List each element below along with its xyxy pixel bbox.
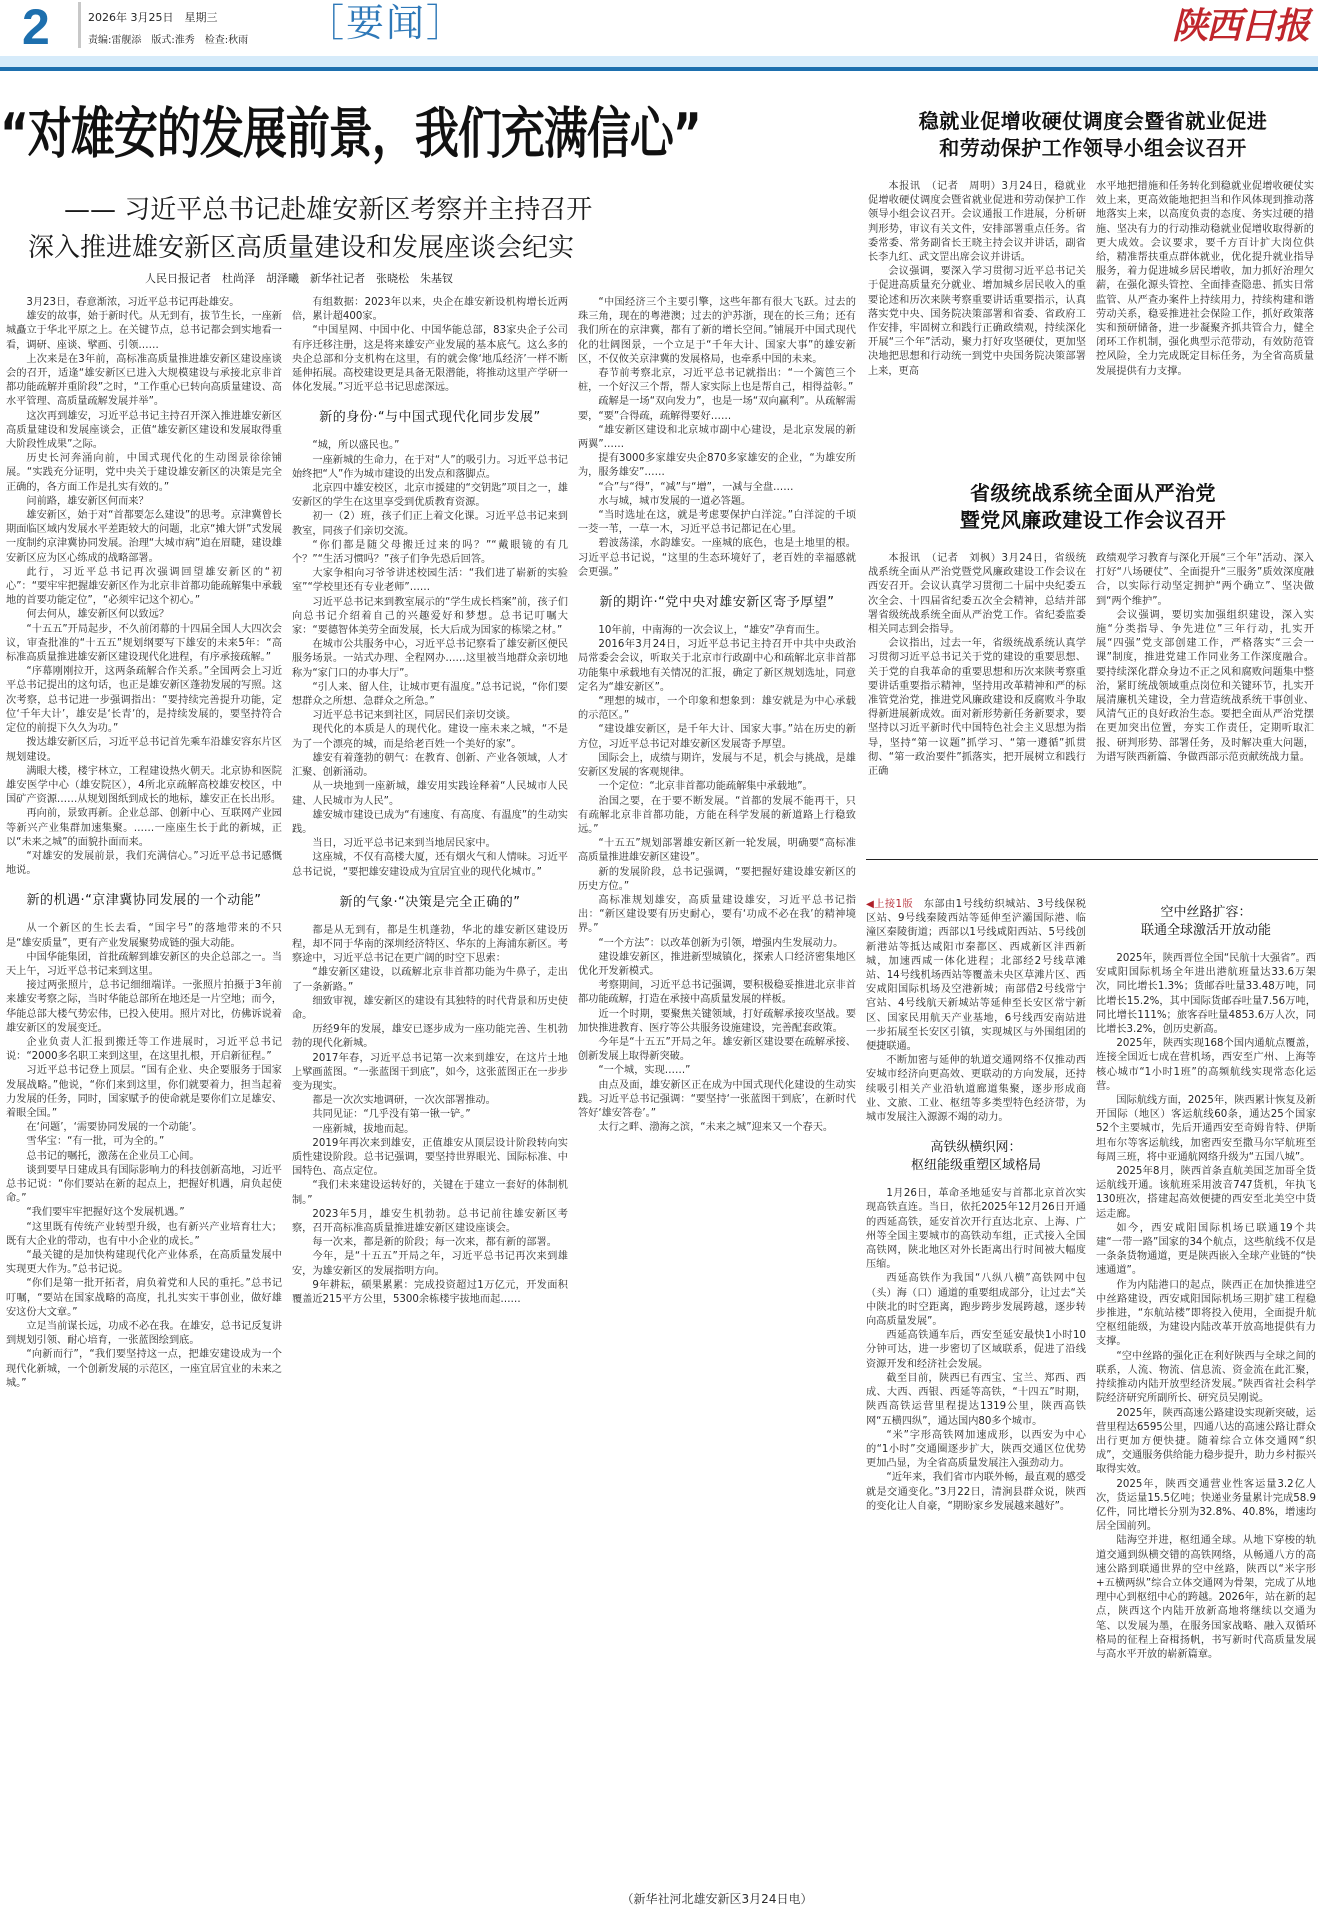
lead-subtitle-line2: 深入推进雄安新区高质量建设和发展座谈会纪实 — [28, 232, 574, 264]
paragraph: “你们都是随父母搬迁过来的吗？”“戴眼镜的有几个？”“生活习惯吗？”孩子们争先恐… — [292, 539, 568, 567]
section-heading: 新的气象·“决策是完全正确的” — [292, 894, 568, 912]
paragraph: 政绩观学习教育与深化开展“三个年”活动、深入打好“八场硬仗”、全面提升“三服务”… — [1096, 552, 1314, 609]
paragraph: 国际航线方面，2025年，陕西累计恢复及新开国际（地区）客运航线60条，通达25… — [1096, 1094, 1316, 1165]
paragraph: “空中丝路的强化正在利好陕西与全球之间的联系，人流、物流、信息流、资金流在此汇聚… — [1096, 1350, 1316, 1407]
paragraph: 在城市公共服务中心，习近平总书记察看了雄安新区便民服务场景。一站式办理、全程网办… — [292, 638, 568, 681]
paragraph: 太行之畔、渤海之滨，“未来之城”迎来又一个春天。 — [578, 1121, 856, 1135]
paragraph: 细致审视，雄安新区的建设有其独特的时代背景和历史使命。 — [292, 995, 568, 1023]
paragraph: 初一（2）班，孩子们正上着文化课。习近平总书记来到教室，同孩子们亲切交流。 — [292, 510, 568, 538]
section-heading: 高铁纵横织网：枢纽能级重塑区域格局 — [866, 1139, 1086, 1175]
united-front-article-header: 省级统战系统全面从严治党 暨党风廉政建设工作会议召开 — [878, 480, 1308, 534]
paragraph: “中国经济三个主要引擎，这些年都有很大飞跃。过去的珠三角，现在的粤港澳；过去的沪… — [578, 296, 856, 367]
paragraph: 习近平总书记登上顶层。“国有企业、央企要服务于国家发展战略。”他说，“你们来到这… — [6, 1064, 282, 1121]
paragraph: 这座城，不仅有高楼大厦，还有烟火气和人情味。习近平总书记说，“要把雄安建设成为宜… — [292, 851, 568, 879]
paragraph: 提有3000多家雄安央企870多家雄安的企业，“为雄安所为，服务雄安”…… — [578, 452, 856, 480]
paragraph: 历经9年的发展，雄安已逐步成为一座功能完善、生机勃勃的现代化新城。 — [292, 1023, 568, 1051]
paragraph: “雄安新区建设和北京城市副中心建设，是北京发展的新两翼”…… — [578, 424, 856, 452]
employment-title-line1: 稳就业促增收硬仗调度会暨省就业促进 — [878, 108, 1308, 135]
united-front-title-line2: 暨党风廉政建设工作会议召开 — [878, 507, 1308, 534]
paragraph: 2025年，陕西高速公路建设实现新突破，运营里程达6595公里，四通八达的高速公… — [1096, 1407, 1316, 1478]
paragraph: “引人来、留人住，让城市更有温度。”总书记说，“你们要想群众之所想、急群众之所急… — [292, 681, 568, 709]
paragraph: 共同见证：“几乎没有第一锹一铲。” — [292, 1108, 568, 1122]
transport-column-2: 空中丝路扩容：联通全球激活开放动能 2025年，陕西晋位全国“民航十大强省”。西… — [1096, 898, 1316, 1914]
paragraph: 从一个新区的生长去看，“国字号”的落地带来的不只是“雄安质量”，更有产业发展聚势… — [6, 922, 282, 950]
paragraph: 问前路，雄安新区何而来？ — [6, 495, 282, 509]
newspaper-logo: 陕西日报 — [1172, 0, 1308, 52]
paragraph: 本报讯 （记者 周明）3月24日，稳就业促增收硬仗调度会暨省就业促进和劳动保护工… — [868, 180, 1086, 265]
transport-column-1: ◀上接1版 东部由1号线纺织城站、3号线保税区站、9号线秦陵西站等延伸至浐灞国际… — [866, 898, 1086, 1914]
paragraph: 总书记的嘱托，激荡在企业员工心间。 — [6, 1150, 282, 1164]
paragraph: 雄安城市建设已成为“有速度、有高度、有温度”的生动实践。 — [292, 809, 568, 837]
paragraph: 雄安的故事，始于新时代。从无到有，拔节生长，一座新城矗立于华北平原之上。在关键节… — [6, 310, 282, 353]
paragraph: 截至目前，陕西已有西宝、宝兰、郑西、西成、大西、西银、西延等高铁，“十四五”时期… — [866, 1372, 1086, 1429]
employment-title-line2: 和劳动保护工作领导小组会议召开 — [878, 135, 1308, 162]
paragraph: 中国华能集团，首批疏解到雄安新区的央企总部之一。当天上午，习近平总书记来到这里。 — [6, 951, 282, 979]
heading-line2: 枢纽能级重塑区域格局 — [911, 1158, 1041, 1173]
paragraph: 拨达雄安新区后，习近平总书记首先乘车沿雄安容东片区规划建设。 — [6, 736, 282, 764]
paragraph: “一个方法”：以改革创新为引领，增强内生发展动力。 — [578, 937, 856, 951]
employment-column-1: 本报讯 （记者 周明）3月24日，稳就业促增收硬仗调度会暨省就业促进和劳动保护工… — [868, 180, 1086, 425]
paragraph: 谈到要早日建成具有国际影响力的科技创新高地，习近平总书记说：“你们要站在新的起点… — [6, 1164, 282, 1207]
paragraph: 2017年春，习近平总书记第一次来到雄安，在这片土地上擘画蓝图。“一张蓝图干到底… — [292, 1052, 568, 1095]
paragraph: 西延高铁作为我国“八纵八横”高铁网中包（头）海（口）通道的重要组成部分，让过去“… — [866, 1272, 1086, 1329]
lead-headline: “对雄安的发展前景，我们充满信心” — [0, 100, 870, 170]
section-heading: 空中丝路扩容：联通全球激活开放动能 — [1096, 904, 1316, 940]
paragraph: ◀上接1版 东部由1号线纺织城站、3号线保税区站、9号线秦陵西站等延伸至浐灞国际… — [866, 898, 1086, 1054]
paragraph: 1月26日，革命圣地延安与首都北京首次实现高铁直连。当日，依托2025年12月2… — [866, 1187, 1086, 1272]
header-band-dark — [0, 67, 1318, 71]
paragraph: “雄安新区建设，以疏解北京非首都功能为牛鼻子，走出了一条新路。” — [292, 966, 568, 994]
paragraph: “这里既有传统产业转型升级，也有新兴产业培育壮大；既有大企业的带动，也有中小企业… — [6, 1221, 282, 1249]
paragraph-text: 东部由1号线纺织城站、3号线保税区站、9号线秦陵西站等延伸至浐灞国际港、临潼区秦… — [866, 899, 1086, 1052]
heading-line1: 高铁纵横织网： — [930, 1140, 1021, 1155]
paragraph: 陆海空并进，枢纽通全球。从地下穿梭的轨道交通到纵横交错的高铁网络，从畅通八方的高… — [1096, 1534, 1316, 1662]
paragraph: 再向前，景致再新。企业总部、创新中心、互联网产业园等新兴产业集群加速集聚。……一… — [6, 807, 282, 850]
paragraph: 2016年3月24日，习近平总书记主持召开中共中央政治局常委会会议，听取关于北京… — [578, 638, 856, 695]
paragraph: “对雄安的发展前景，我们充满信心。”习近平总书记感慨地说。 — [6, 850, 282, 878]
paragraph: 历史长河奔涌向前，中国式现代化的生动图景徐徐铺展。“实践充分证明，党中央关于建设… — [6, 452, 282, 495]
paragraph: 10年前，中南海的一次会议上，“雄安”孕育而生。 — [578, 624, 856, 638]
paragraph: “中国星网、中国中化、中国华能总部，83家央企子公司有序迁移注册，这是将来雄安产… — [292, 324, 568, 395]
paragraph: “序幕刚刚拉开，这两条疏解合作关系。”全国两会上习近平总书记提出的这句话，也正是… — [6, 665, 282, 736]
paragraph: 9年耕耘，硕果累累：完成投资超过1万亿元，开发面积覆盖近215平方公里，5300… — [292, 1279, 568, 1307]
paragraph: 何去何从，雄安新区何以致远？ — [6, 608, 282, 622]
paragraph: 会议强调，要切实加强组织建设，深入实施“分类指导、争先进位”三年行动，扎实开展“… — [1096, 609, 1314, 765]
section-heading: 新的身份·“与中国式现代化同步发展” — [292, 409, 568, 427]
paragraph: “城，所以盛民也。” — [292, 439, 568, 453]
paragraph: 近一个时期，要聚焦关键领域，打好疏解承接攻坚战。要加快推进教育、医疗等公共服务设… — [578, 1008, 856, 1036]
section-label: ［要闻］ — [306, 0, 466, 48]
lead-column-3: “中国经济三个主要引擎，这些年都有很大飞跃。过去的珠三角，现在的粤港澳；过去的沪… — [578, 296, 856, 1912]
paragraph: 习近平总书记来到社区，同居民们亲切交谈。 — [292, 709, 568, 723]
lead-subtitle-line1: —— 习近平总书记赴雄安新区考察并主持召开 — [64, 194, 592, 226]
united-front-column-2: 政绩观学习教育与深化开展“三个年”活动、深入打好“八场硬仗”、全面提升“三服务”… — [1096, 552, 1314, 842]
paragraph: 这次再到雄安，习近平总书记主持召开深入推进雄安新区高质量建设和发展座谈会，正值“… — [6, 410, 282, 453]
paragraph: “向新而行”，“我们要坚持这一点，把雄安建设成为一个现代化新城，一个创新发展的示… — [6, 1348, 282, 1391]
paragraph: 每一次来，都是新的阶段；每一次来，都有新的部署。 — [292, 1236, 568, 1250]
paragraph: 作为内陆港口的起点，陕西正在加快推进空中丝路建设，西安咸阳国际机场三期扩建工程稳… — [1096, 1279, 1316, 1350]
heading-line2: 联通全球激活开放动能 — [1141, 923, 1271, 938]
paragraph: 一座新城，拔地而起。 — [292, 1123, 568, 1137]
paragraph: 疏解是一场“双向发力”，也是一场“双向赢利”。从疏解需要，“要”合得疏，疏解得要… — [578, 395, 856, 423]
paragraph: 有组数据：2023年以来，央企在雄安新设机构增长近两倍，累计超400家。 — [292, 296, 568, 324]
paragraph: 2025年，陕西晋位全国“民航十大强省”。西安咸阳国际机场全年进出港航班量达33… — [1096, 952, 1316, 1037]
paragraph: 此行，习近平总书记再次强调回望雄安新区的“初心”：“要牢牢把握雄安新区作为北京非… — [6, 566, 282, 609]
paragraph: 由点及面，雄安新区正在成为中国式现代化建设的生动实践。习近平总书记强调：“要坚持… — [578, 1079, 856, 1122]
paragraph: 水平地把措施和任务转化到稳就业促增收硬仗实效上来，更高效能地把担当和作风体现到推… — [1096, 180, 1314, 379]
paragraph: 立足当前谋长远，功成不必在我。在雄安，总书记反复讲到规划引领、耐心培育，一张蓝图… — [6, 1320, 282, 1348]
paragraph: 碧波荡漾，水韵雄安。一座城的底色，也是土地里的根。习近平总书记说，“这里的生态环… — [578, 537, 856, 580]
paragraph: 上次来是在3年前，高标准高质量推进雄安新区建设座谈会的召开，适逢“雄安新区已进入… — [6, 353, 282, 410]
paragraph: 北京四中雄安校区，北京市援建的“交钥匙”项目之一，雄安新区的学生在这里享受到优质… — [292, 482, 568, 510]
paragraph: “一个城，实现……” — [578, 1064, 856, 1078]
dateline-closing: （新华社河北雄安新区3月24日电） — [578, 1892, 856, 1906]
united-front-column-1: 本报讯 （记者 刘枫）3月24日，省级统战系统全面从严治党暨党风廉政建设工作会议… — [868, 552, 1086, 842]
paragraph: 都是从无到有，都是生机蓬勃，华北的雄安新区建设历程，却不同于华南的深圳经济特区、… — [292, 924, 568, 967]
paragraph: 今年是“十五五”开局之年。雄安新区建设要在疏解承接、创新发展上取得新突破。 — [578, 1036, 856, 1064]
section-heading: 新的机遇·“京津冀协同发展的一个动能” — [6, 892, 282, 910]
section-heading: 新的期许·“党中央对雄安新区寄予厚望” — [578, 594, 856, 612]
paragraph: “理想的城市，一个印象和想象到：雄安就是为中心承载的示范区。” — [578, 695, 856, 723]
paragraph: 会议指出，过去一年，省级统战系统认真学习贯彻习近平总书记关于党的建设的重要思想、… — [868, 637, 1086, 779]
continued-from-marker: ◀上接1版 — [866, 899, 913, 910]
paragraph: 建设雄安新区，推进新型城镇化，探索人口经济密集地区优化开发新模式。 — [578, 951, 856, 979]
masthead-divider — [78, 2, 81, 48]
paragraph: “近年来，我们省市内联外畅，最直观的感受就是交通变化。”3月22日，清涧县群众说… — [866, 1471, 1086, 1514]
paragraph: 西延高铁通车后，西安至延安最快1小时10分钟可达，进一步密切了区域联系，促进了沿… — [866, 1329, 1086, 1372]
paragraph: 大家争相向习爷爷讲述校园生活：“我们进了崭新的实验室”“学校里还有专业老师”…… — [292, 567, 568, 595]
paragraph: “你们是第一批开拓者，肩负着党和人民的重托。”总书记叮嘱，“要站在国家战略的高度… — [6, 1277, 282, 1320]
paragraph: 本报讯 （记者 刘枫）3月24日，省级统战系统全面从严治党暨党风廉政建设工作会议… — [868, 552, 1086, 637]
paragraph: “十五五”规划部署雄安新区新一轮发展，明确要“高标准高质量推进雄安新区建设”。 — [578, 837, 856, 865]
employment-article-header: 稳就业促增收硬仗调度会暨省就业促进 和劳动保护工作领导小组会议召开 — [878, 108, 1308, 162]
lead-column-2: 有组数据：2023年以来，央企在雄安新设机构增长近两倍，累计超400家。 “中国… — [292, 296, 568, 1912]
paragraph: 不断加密与延伸的轨道交通网络不仅推动西安城市经济向更高效、更联动的方向发展，还持… — [866, 1054, 1086, 1125]
employment-column-2: 水平地把措施和任务转化到稳就业促增收硬仗实效上来，更高效能地把担当和作风体现到推… — [1096, 180, 1314, 425]
paragraph: 满眼大楼，楼宇林立，工程建设热火朝天。北京协和医院雄安医学中心（雄安院区），4所… — [6, 765, 282, 808]
paragraph: 2019年再次来到雄安，正值雄安从顶层设计阶段转向实质性建设阶段。总书记强调，要… — [292, 1137, 568, 1180]
paragraph: 雄安有着蓬勃的朝气：在教育、创新、产业各领域，人才汇聚、创新涌动。 — [292, 752, 568, 780]
united-front-title-line1: 省级统战系统全面从严治党 — [878, 480, 1308, 507]
heading-line1: 空中丝路扩容： — [1160, 905, 1251, 920]
paragraph: 2025年，陕西交通营业性客运量3.2亿人次，货运量15.5亿吨；快递业务量累计… — [1096, 1478, 1316, 1535]
lead-column-1: 3月23日，春意渐浓，习近平总书记再赴雄安。 雄安的故事，始于新时代。从无到有，… — [6, 296, 282, 1912]
paragraph: 今年，是“十五五”开局之年，习近平总书记再次来到雄安，为雄安新区的发展指明方向。 — [292, 1250, 568, 1278]
paragraph: “我们未来建设运转好的，关键在于建立一套好的体制机制。” — [292, 1179, 568, 1207]
paragraph: “我们要牢牢把握好这个发展机遇。” — [6, 1206, 282, 1220]
paragraph: 当日，习近平总书记来到当地居民家中。 — [292, 837, 568, 851]
paragraph: 在‘问题’，‘需要协同发展的一个动能’。 — [6, 1121, 282, 1135]
paragraph: 从一块地到一座新城，雄安用实践诠释着“人民城市人民建、人民城市为人民”。 — [292, 780, 568, 808]
paragraph: 2023年5月，雄安生机勃勃。总书记前往雄安新区考察，召开高标准高质量推进雄安新… — [292, 1208, 568, 1236]
paragraph: 会议强调，要深入学习贯彻习近平总书记关于促进高质量充分就业、增加城乡居民收入的重… — [868, 265, 1086, 379]
paragraph: 接过两张照片，总书记细细端详。一张照片拍摄于3年前来雄安考察之际，当时华能总部所… — [6, 979, 282, 1036]
masthead: 2 2026年 3月25日 星期三 责编:雷舰添 版式:淮秀 检查:秋雨 ［要闻… — [0, 0, 1318, 58]
paragraph: 考察期间，习近平总书记强调，要积极稳妥推进北京非首都功能疏解，打造在承接中高质量… — [578, 979, 856, 1007]
paragraph: 水与城，城市发展的一道必答题。 — [578, 495, 856, 509]
paragraph: 雪华宝：“有一批，可为全的。” — [6, 1135, 282, 1149]
paragraph: 一个定位：“北京非首都功能疏解集中承载地”。 — [578, 780, 856, 794]
paragraph: 现代化的本质是人的现代化。建设一座未来之城，“不是为了一个漂亮的城，而是给老百姓… — [292, 723, 568, 751]
paragraph: 春节前考察北京，习近平总书记就指出：“一个篱笆三个桩，一个好汉三个帮，帮人家实际… — [578, 367, 856, 395]
paragraph: 3月23日，春意渐浓，习近平总书记再赴雄安。 — [6, 296, 282, 310]
paragraph: “最关键的是加快构建现代化产业体系，在高质量发展中实现更大作为。”总书记说。 — [6, 1249, 282, 1277]
paragraph: 治国之要，在于要不断发展。“首都的发展不能再干，只有疏解北京非首都功能，方能在科… — [578, 795, 856, 838]
lead-closing-wrapper: （新华社河北雄安新区3月24日电） — [578, 1890, 856, 1906]
paragraph: 高标准规划雄安，高质量建设雄安，习近平总书记指出：“新区建设要有历史耐心，要有‘… — [578, 894, 856, 937]
paragraph: 一座新城的生命力，在于对“人”的吸引力。习近平总书记始终把“人”作为城市建设的出… — [292, 454, 568, 482]
paragraph: 雄安新区，始于对“首都要怎么建设”的思考。京津冀曾长期面临区域内发展水平差距较大… — [6, 509, 282, 566]
paragraph: “合”与“得”，“减”与“增”，一减与全盘…… — [578, 481, 856, 495]
lead-byline: 人民日报记者 杜尚泽 胡泽曦 新华社记者 张晓松 朱基钗 — [145, 270, 453, 286]
page-number: 2 — [22, 2, 50, 52]
paragraph: 国际会上，成绩与期许，发展与不足，机会与挑战，是雄安新区发展的客观规律。 — [578, 752, 856, 780]
paragraph: 企业负责人汇报到搬迁等工作进展时，习近平总书记说：“2000多名职工来到这里，在… — [6, 1036, 282, 1064]
paragraph: “当时选址在这，就是考虑要保护白洋淀。”白洋淀的千顷一茭一苇，一草一木，习近平总… — [578, 509, 856, 537]
paragraph: 2025年，陕西实现168个国内通航点覆盖，连接全国近七成在营机场，西安至广州、… — [1096, 1037, 1316, 1094]
paragraph: 都是一次次实地调研，一次次部署推动。 — [292, 1094, 568, 1108]
paragraph: “米”字形高铁网加速成形，以西安为中心的“1小时”交通圈逐步扩大，陕西交通区位优… — [866, 1429, 1086, 1472]
paragraph: 如今，西安咸阳国际机场已联通19个共建“一带一路”国家的34个航点，这些航线不仅… — [1096, 1222, 1316, 1279]
paragraph: 2025年8月，陕西首条直航美国芝加哥全货运航线开通。该航班采用波音747货机，… — [1096, 1165, 1316, 1222]
section-divider — [866, 859, 1318, 860]
paragraph: “十五五”开局起步，不久前闭幕的十四届全国人大四次会议，审查批准的“十五五”规划… — [6, 623, 282, 666]
paragraph: 新的发展阶段，总书记强调，“要把握好建设雄安新区的历史方位。” — [578, 866, 856, 894]
editors-credit: 责编:雷舰添 版式:淮秀 检查:秋雨 — [88, 31, 248, 46]
paragraph: 习近平总书记来到教室展示的“学生成长档案”前，孩子们向总书记介绍着自己的兴趣爱好… — [292, 596, 568, 639]
issue-date: 2026年 3月25日 星期三 — [88, 9, 218, 25]
paragraph: “建设雄安新区，是千年大计、国家大事。”站在历史的新方位，习近平总书记对雄安新区… — [578, 723, 856, 751]
